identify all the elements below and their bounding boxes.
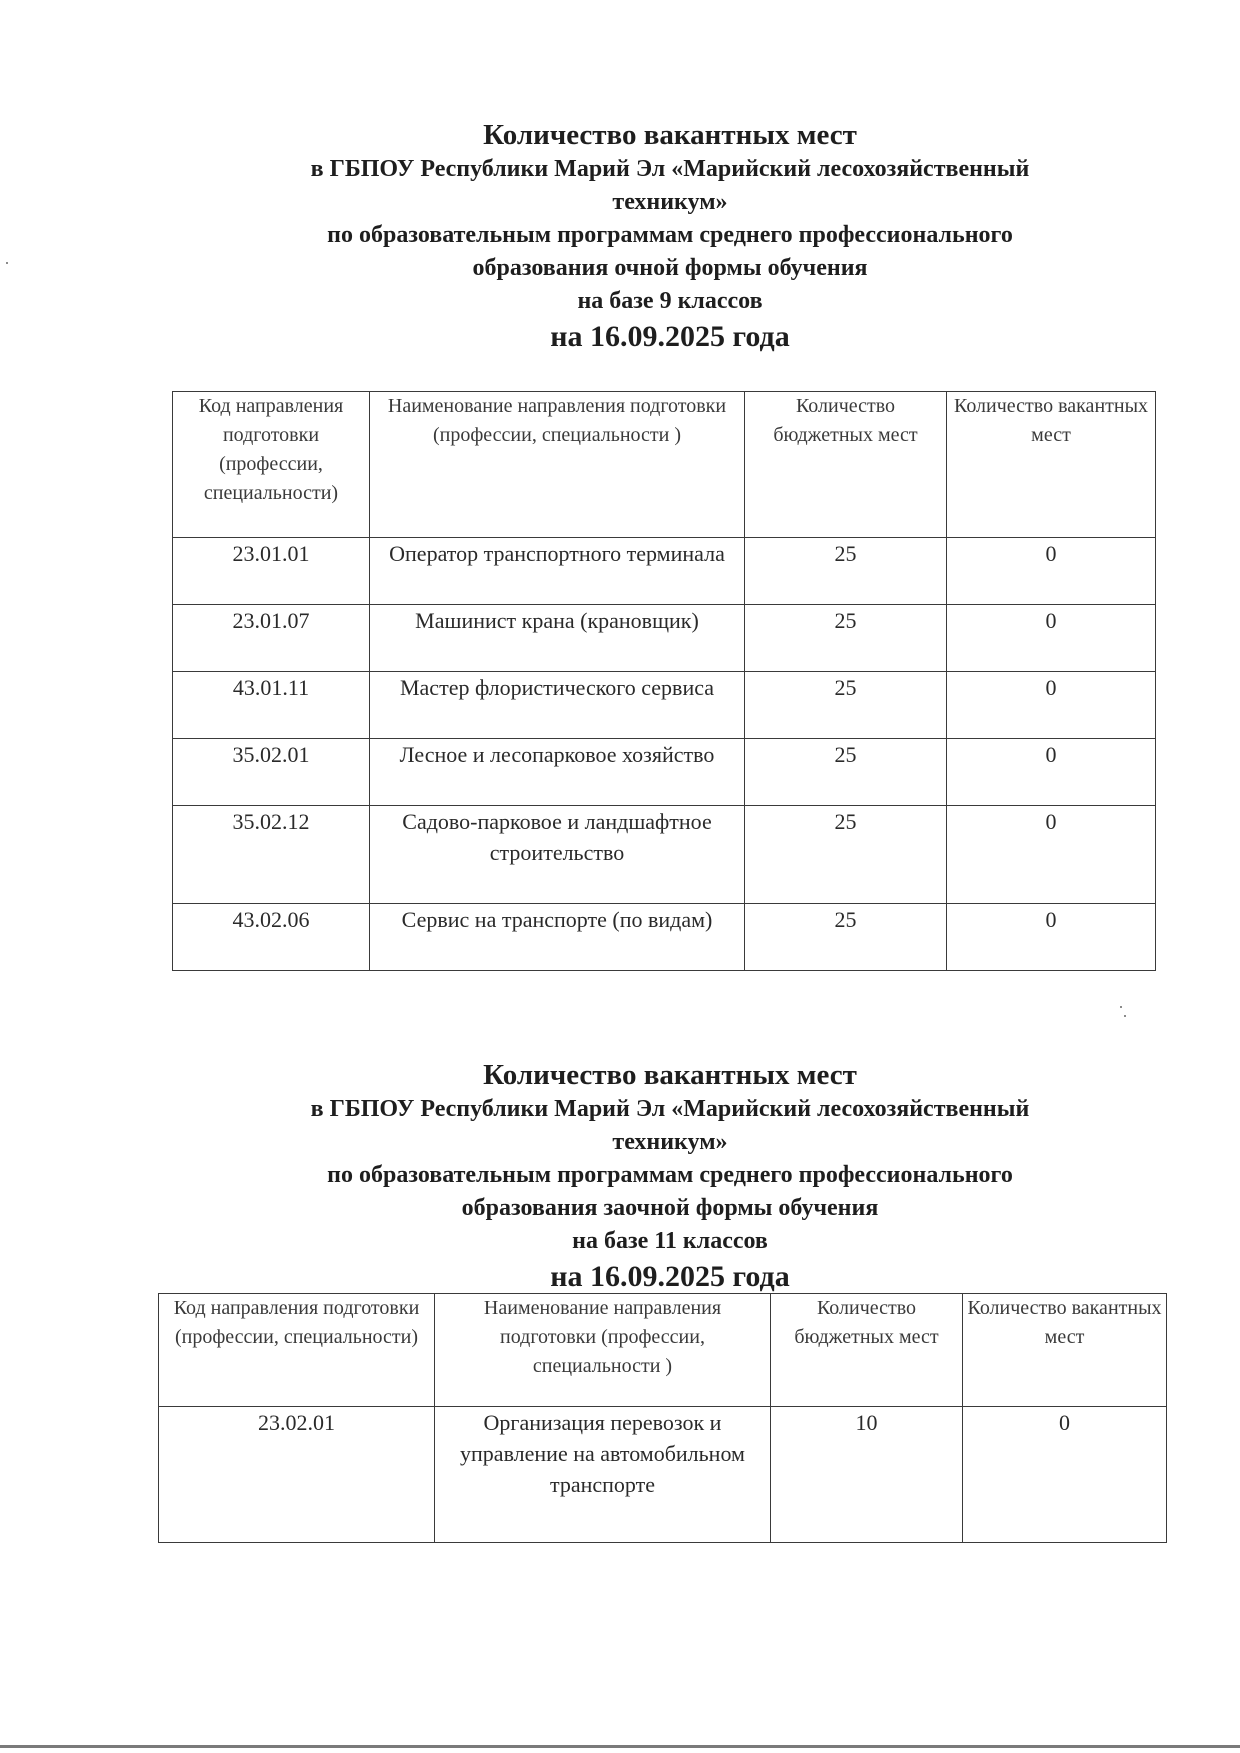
table-row: 23.02.01 Организация перевозок и управле… [159,1407,1167,1543]
section-2-base: на базе 11 классов [160,1225,1180,1258]
cell-code: 23.02.01 [159,1407,435,1543]
cell-name: Машинист крана (крановщик) [370,605,745,672]
header-budget: Количество бюджетных мест [771,1294,963,1407]
cell-vacant: 0 [947,672,1156,739]
section-1-institution-line-1: в ГБПОУ Республики Марий Эл «Марийский л… [160,153,1180,186]
cell-name: Оператор транспортного терминала [370,538,745,605]
header-name: Наименование направления подготовки (про… [370,392,745,538]
table-header-row: Код направления подготовки (профессии, с… [159,1294,1167,1407]
cell-vacant: 0 [947,904,1156,971]
cell-name: Организация перевозок и управление на ав… [435,1407,771,1543]
section-2-institution-line-1: в ГБПОУ Республики Марий Эл «Марийский л… [160,1093,1180,1126]
page-edge-line [0,1745,1240,1748]
cell-budget: 25 [745,538,947,605]
header-name: Наименование направления подготовки (про… [435,1294,771,1407]
header-code: Код направления подготовки (профессии, с… [173,392,370,538]
scan-speck [1120,1006,1122,1008]
table-row: 43.01.11 Мастер флористического сервиса … [173,672,1156,739]
section-1-institution-line-2: техникум» [160,186,1180,219]
cell-budget: 25 [745,806,947,904]
cell-code: 43.02.06 [173,904,370,971]
cell-code: 43.01.11 [173,672,370,739]
section-2-program-line-1: по образовательным программам среднего п… [160,1159,1180,1192]
cell-name: Лесное и лесопарковое хозяйство [370,739,745,806]
section-2-date: на 16.09.2025 года [160,1258,1180,1296]
table-row: 23.01.01 Оператор транспортного терминал… [173,538,1156,605]
section-1-base: на базе 9 классов [160,285,1180,318]
table-row: 43.02.06 Сервис на транспорте (по видам)… [173,904,1156,971]
cell-budget: 25 [745,739,947,806]
section-1-heading: Количество вакантных мест в ГБПОУ Респуб… [160,117,1180,356]
cell-budget: 25 [745,605,947,672]
cell-budget: 10 [771,1407,963,1543]
section-2-program-line-2: образования заочной формы обучения [160,1192,1180,1225]
scan-speck [6,262,8,264]
cell-vacant: 0 [947,806,1156,904]
vacancies-table-part-time: Код направления подготовки (профессии, с… [158,1293,1167,1543]
section-2-heading: Количество вакантных мест в ГБПОУ Респуб… [160,1057,1180,1296]
cell-vacant: 0 [963,1407,1167,1543]
section-1-program-line-2: образования очной формы обучения [160,252,1180,285]
cell-name: Садово-парковое и ландшафтное строительс… [370,806,745,904]
header-budget: Количество бюджетных мест [745,392,947,538]
table-row: 35.02.12 Садово-парковое и ландшафтное с… [173,806,1156,904]
cell-name: Мастер флористического сервиса [370,672,745,739]
header-code: Код направления подготовки (профессии, с… [159,1294,435,1407]
header-vacant: Количество вакантных мест [963,1294,1167,1407]
cell-vacant: 0 [947,538,1156,605]
table-header-row: Код направления подготовки (профессии, с… [173,392,1156,538]
table-row: 35.02.01 Лесное и лесопарковое хозяйство… [173,739,1156,806]
cell-code: 35.02.01 [173,739,370,806]
cell-code: 23.01.01 [173,538,370,605]
cell-budget: 25 [745,672,947,739]
section-1-program-line-1: по образовательным программам среднего п… [160,219,1180,252]
cell-budget: 25 [745,904,947,971]
section-2-institution-line-2: техникум» [160,1126,1180,1159]
cell-code: 35.02.12 [173,806,370,904]
table-row: 23.01.07 Машинист крана (крановщик) 25 0 [173,605,1156,672]
section-1-date: на 16.09.2025 года [160,318,1180,356]
section-1-title: Количество вакантных мест [160,117,1180,153]
header-vacant: Количество вакантных мест [947,392,1156,538]
vacancies-table-full-time: Код направления подготовки (профессии, с… [172,391,1156,971]
cell-vacant: 0 [947,739,1156,806]
scan-speck [1124,1015,1126,1017]
section-2-title: Количество вакантных мест [160,1057,1180,1093]
cell-name: Сервис на транспорте (по видам) [370,904,745,971]
cell-code: 23.01.07 [173,605,370,672]
cell-vacant: 0 [947,605,1156,672]
